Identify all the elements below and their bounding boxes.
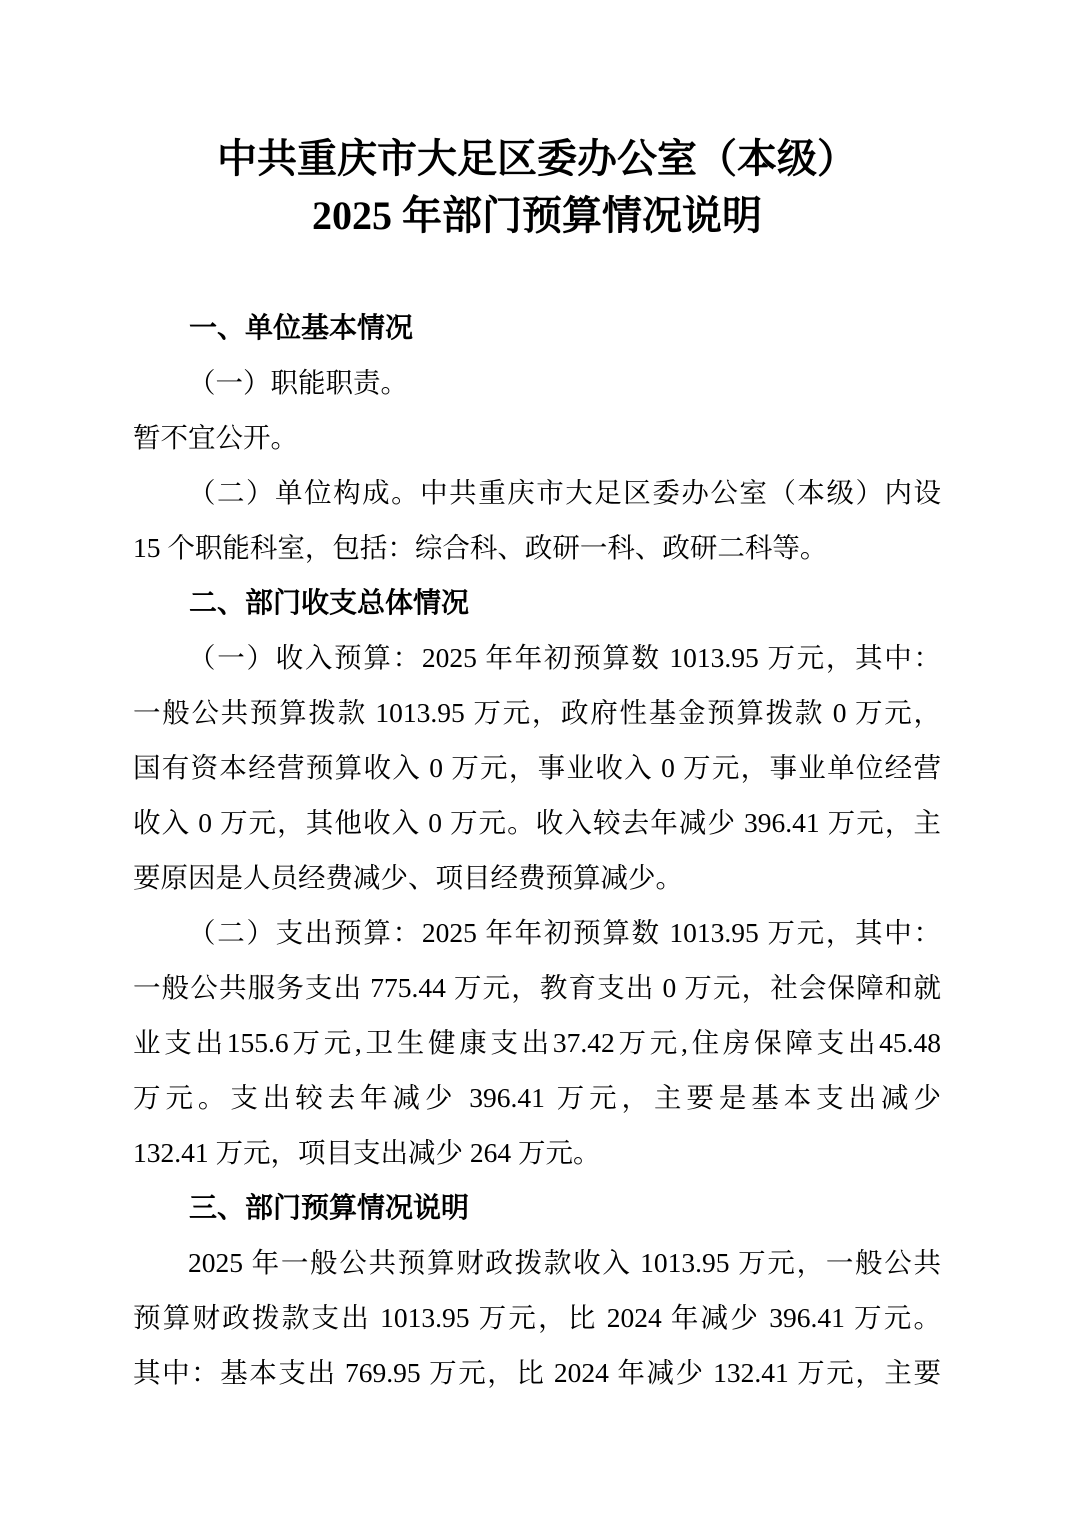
income-budget-line-2: 一般公共预算拨款 1013.95 万元，政府性基金预算拨款 0 万元，: [133, 685, 941, 740]
fiscal-allocation-line-2: 预算财政拨款支出 1013.95 万元，比 2024 年减少 396.41 万元…: [133, 1290, 941, 1345]
section-2-heading: 二、部门收支总体情况: [133, 575, 941, 630]
fiscal-allocation-line-3: 其中：基本支出 769.95 万元，比 2024 年减少 132.41 万元，主…: [133, 1345, 941, 1400]
expenditure-budget-line-4: 万元。支出较去年减少 396.41 万元，主要是基本支出减少: [133, 1070, 941, 1125]
section-3-heading: 三、部门预算情况说明: [133, 1180, 941, 1235]
income-budget-line-3: 国有资本经营预算收入 0 万元，事业收入 0 万元，事业单位经营: [133, 740, 941, 795]
duties-note-line: 暂不宜公开。: [133, 410, 941, 465]
subsection-1-1-heading: （一）职能职责。: [133, 355, 941, 410]
unit-composition-line-1: （二）单位构成。中共重庆市大足区委办公室（本级）内设: [133, 465, 941, 520]
expenditure-budget-line-5: 132.41 万元，项目支出减少 264 万元。: [133, 1125, 941, 1180]
expenditure-budget-line-1: （二）支出预算：2025 年年初预算数 1013.95 万元，其中：: [133, 905, 941, 960]
income-budget-line-5: 要原因是人员经费减少、项目经费预算减少。: [133, 850, 941, 905]
title-line-2: 2025 年部门预算情况说明: [133, 187, 941, 244]
title-line-1: 中共重庆市大足区委办公室（本级）: [133, 130, 941, 187]
section-1-heading: 一、单位基本情况: [133, 300, 941, 355]
document-title: 中共重庆市大足区委办公室（本级） 2025 年部门预算情况说明: [133, 130, 941, 244]
unit-composition-line-2: 15 个职能科室，包括：综合科、政研一科、政研二科等。: [133, 520, 941, 575]
document-page: 中共重庆市大足区委办公室（本级） 2025 年部门预算情况说明 一、单位基本情况…: [0, 0, 1074, 1520]
expenditure-budget-line-3: 业支出155.6万元,卫生健康支出37.42万元,住房保障支出45.48: [133, 1015, 941, 1070]
document-body: 一、单位基本情况 （一）职能职责。 暂不宜公开。 （二）单位构成。中共重庆市大足…: [133, 300, 941, 1400]
income-budget-line-1: （一）收入预算：2025 年年初预算数 1013.95 万元，其中：: [133, 630, 941, 685]
fiscal-allocation-line-1: 2025 年一般公共预算财政拨款收入 1013.95 万元，一般公共: [133, 1235, 941, 1290]
income-budget-line-4: 收入 0 万元，其他收入 0 万元。收入较去年减少 396.41 万元，主: [133, 795, 941, 850]
expenditure-budget-line-2: 一般公共服务支出 775.44 万元，教育支出 0 万元，社会保障和就: [133, 960, 941, 1015]
